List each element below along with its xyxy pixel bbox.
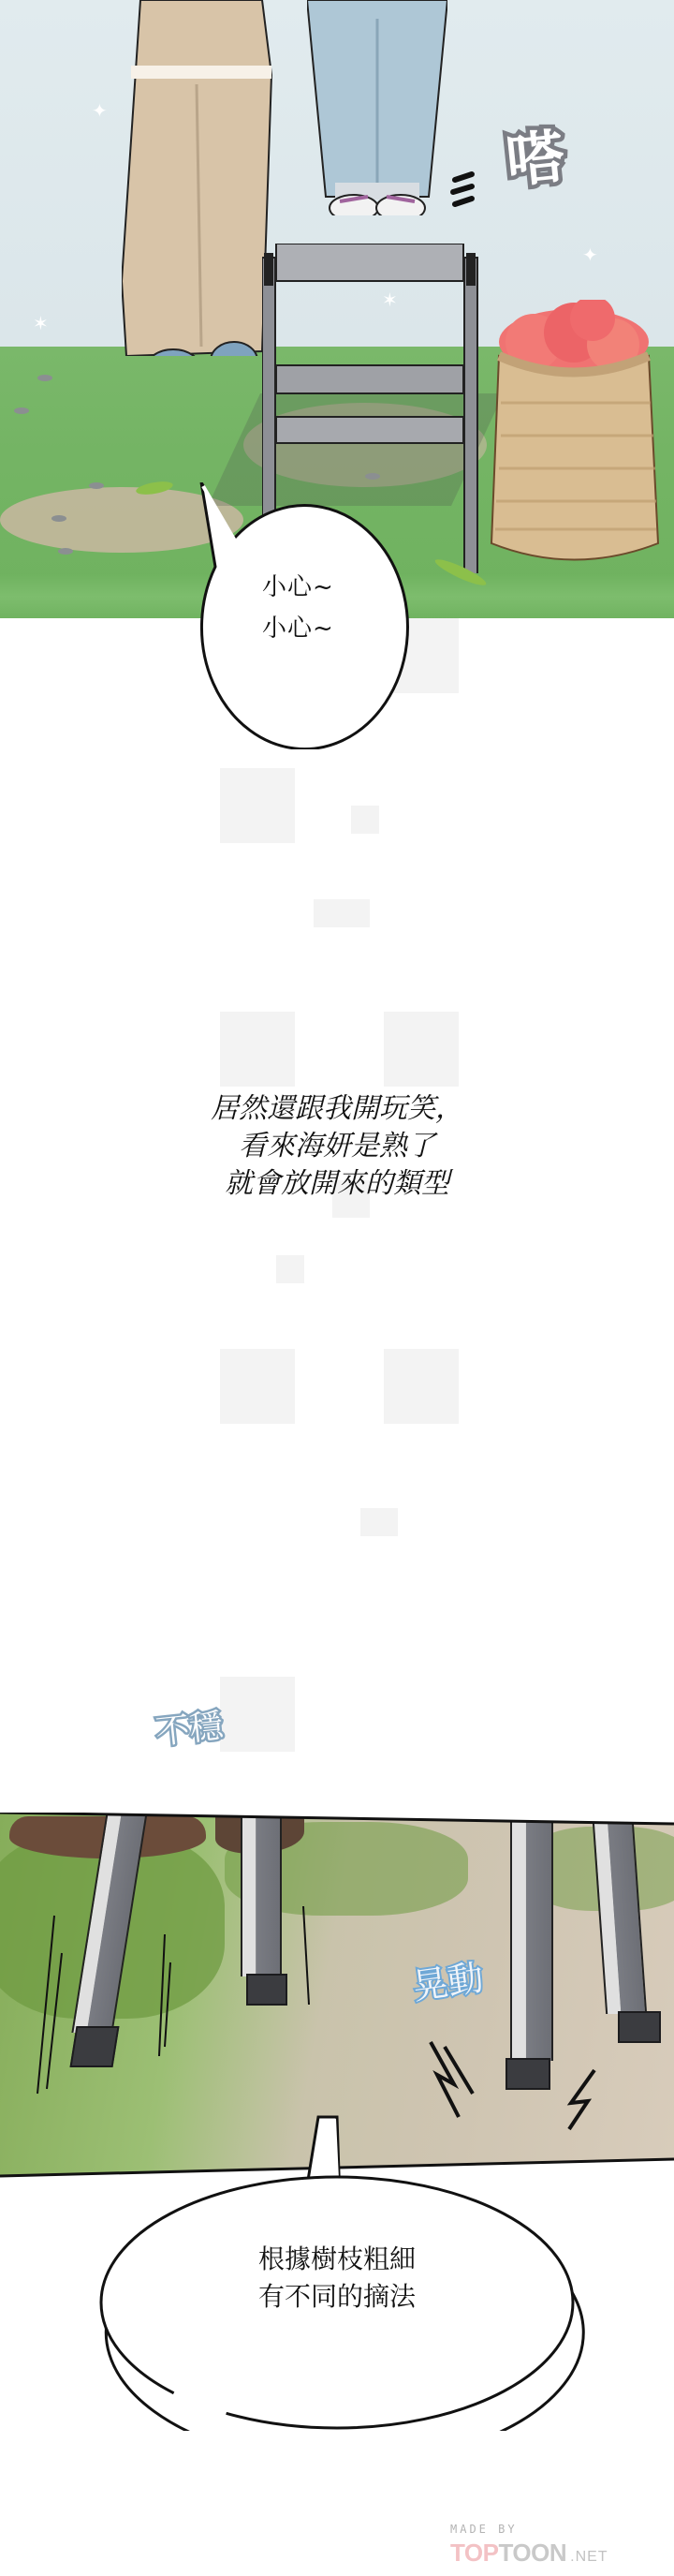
pebble (89, 482, 104, 489)
speech-line: 根據樹枝粗細 (187, 2241, 487, 2278)
speech-bubble-picking-method-text: 根據樹枝粗細 有不同的摘法 (187, 2241, 487, 2316)
speech-line: 小心~ (262, 567, 374, 608)
speech-line: 小心~ (262, 608, 374, 649)
peach-basket (482, 300, 665, 571)
impact-lines-icon (447, 169, 485, 215)
sfx-da: 嗒 (502, 110, 568, 199)
watermark-made-by: MADE BY (450, 2523, 518, 2536)
character-left-legs (122, 0, 281, 356)
watermark-brand-net: .NET (570, 2549, 608, 2565)
qr-watermark (220, 618, 459, 1799)
watermark-brand-top: TOP (450, 2539, 498, 2567)
sparkle-icon: ✦ (92, 101, 108, 120)
sfx-shake: 晃動 (409, 1948, 487, 2009)
watermark-brand-toon: TOON (498, 2539, 566, 2567)
narration-line: 就會放開來的類型 (131, 1165, 543, 1203)
narration-line: 居然還跟我開玩笑， (131, 1090, 543, 1128)
speech-line: 有不同的摘法 (187, 2278, 487, 2316)
sparkle-icon: ✦ (582, 245, 598, 264)
pebble (51, 515, 66, 522)
watermark-brand: TOPTOON.NET (450, 2539, 608, 2568)
sfx-unstable: 不穩 (154, 1699, 226, 1754)
narration-line: 看來海妍是熟了 (131, 1128, 543, 1165)
pebble (14, 407, 29, 414)
sparkle-icon: ✶ (33, 314, 49, 333)
pebble (58, 548, 73, 555)
character-right-legs (307, 0, 447, 215)
narration-box: 居然還跟我開玩笑， 看來海妍是熟了 就會放開來的類型 (131, 1090, 543, 1203)
speech-bubble-careful-text: 小心~ 小心~ (262, 567, 374, 649)
pebble (37, 375, 52, 381)
